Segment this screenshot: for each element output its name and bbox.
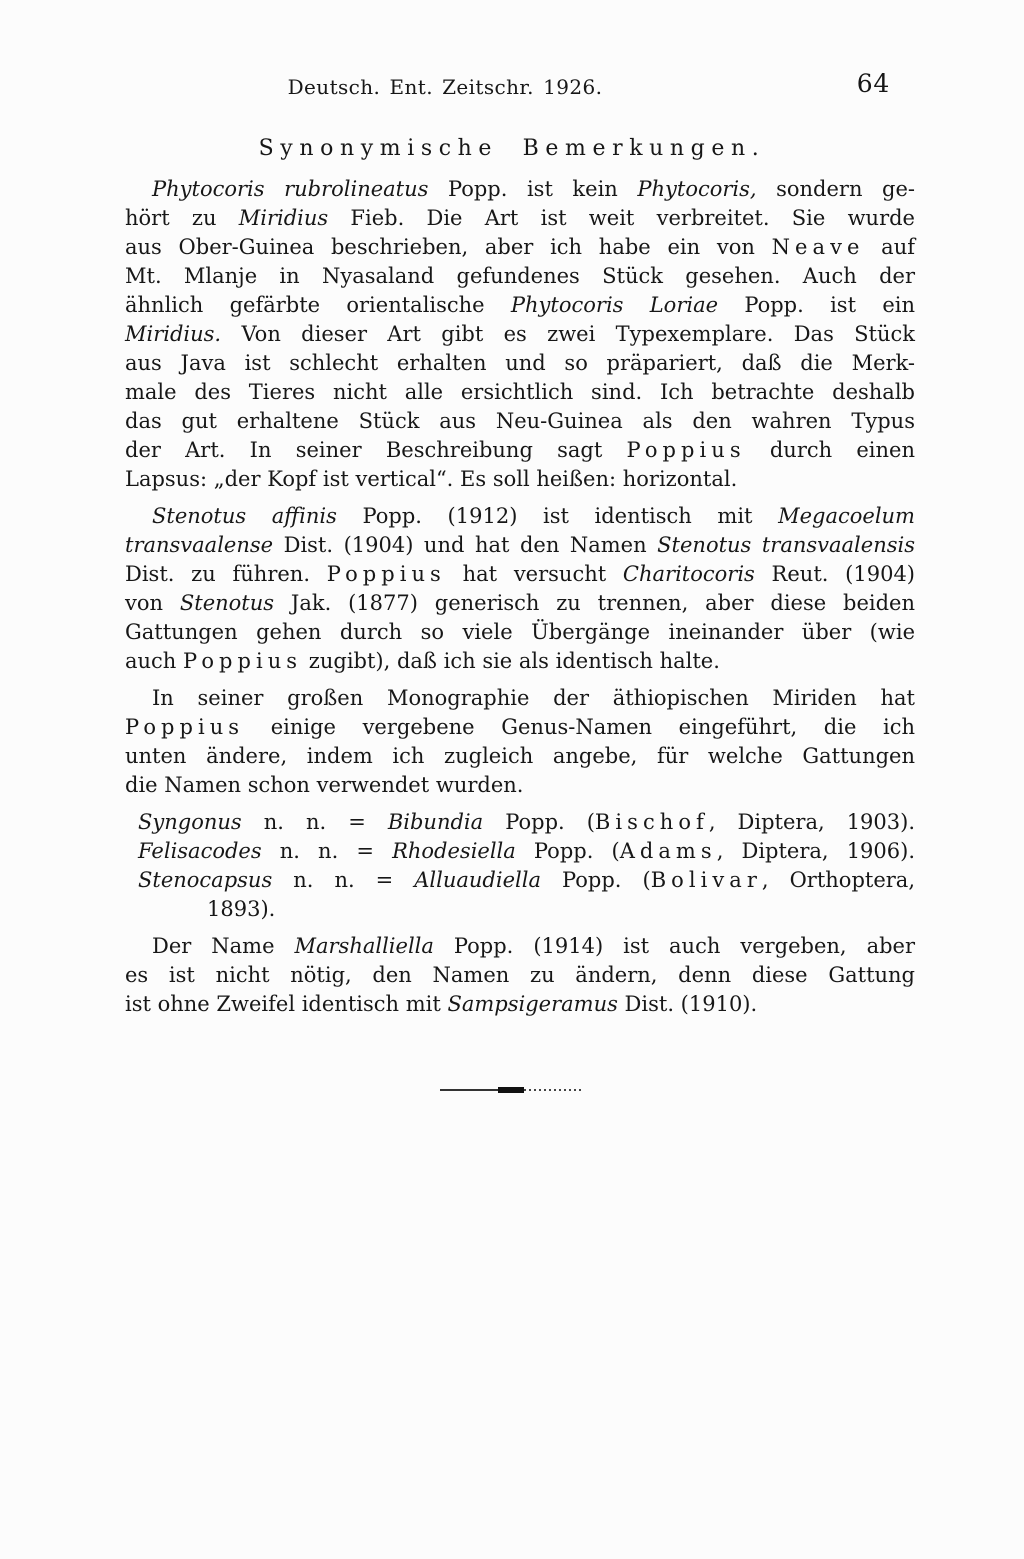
text-run: Popp. (	[516, 839, 620, 863]
taxon-name: Phytocoris,	[637, 177, 756, 201]
text-line: Stenocapsus n. n. = Alluaudiella Popp. (…	[125, 866, 915, 895]
taxon-name: Miridius	[239, 206, 328, 230]
person-name: Poppius	[125, 715, 244, 739]
taxon-name: Miridius.	[125, 322, 221, 346]
text-line: Miridius. Von dieser Art gibt es zwei Ty…	[125, 320, 915, 349]
text-run: male des Tieres nicht alle ersichtlich s…	[125, 380, 915, 404]
text-line: Dist. zu führen. Poppius hat versucht Ch…	[125, 560, 915, 589]
text-line: unten ändere, indem ich zugleich angebe,…	[125, 742, 915, 771]
text-line: Phytocoris rubrolineatus Popp. ist kein …	[125, 175, 915, 204]
taxon-name: Phytocoris Loriae	[511, 293, 718, 317]
divider-dotted-line	[524, 1089, 581, 1091]
text-line: Der Name Marshalliella Popp. (1914) ist …	[125, 932, 915, 961]
person-name: Adams	[620, 839, 717, 863]
text-line: von Stenotus Jak. (1877) generisch zu tr…	[125, 589, 915, 618]
taxon-name: Stenotus	[180, 591, 274, 615]
text-run: Popp. (1914) ist auch vergeben, aber	[434, 934, 915, 958]
divider-thick-bar	[498, 1087, 524, 1093]
text-run: Fieb. Die Art ist weit verbreitet. Sie w…	[328, 206, 915, 230]
text-run: Reut. (1904)	[755, 562, 915, 586]
text-line: ist ohne Zweifel identisch mit Sampsiger…	[125, 990, 915, 1019]
text-run: unten ändere, indem ich zugleich angebe,…	[125, 744, 915, 768]
taxon-name: Stenotus transvaalensis	[657, 533, 915, 557]
paragraph: In seiner großen Monographie der äthiopi…	[125, 684, 915, 800]
taxon-name: Stenotus affinis	[152, 504, 337, 528]
section-heading: Synonymische Bemerkungen.	[0, 136, 1024, 161]
text-line: Stenotus affinis Popp. (1912) ist identi…	[125, 502, 915, 531]
text-line: auch Poppius zugibt), daß ich sie als id…	[125, 647, 915, 676]
person-name: Poppius	[327, 562, 446, 586]
text-run: das gut erhaltene Stück aus Neu-Guinea a…	[125, 409, 915, 433]
text-run: Gattungen gehen durch so viele Übergänge…	[125, 620, 915, 644]
text-run: durch einen	[746, 438, 915, 462]
text-line: das gut erhaltene Stück aus Neu-Guinea a…	[125, 407, 915, 436]
taxon-name: Syngonus	[138, 810, 242, 834]
text-run: ähnlich gefärbte orientalische	[125, 293, 511, 317]
person-name: Bischof	[595, 810, 709, 834]
text-run: , Diptera, 1906).	[717, 839, 915, 863]
paragraph: Der Name Marshalliella Popp. (1914) ist …	[125, 932, 915, 1019]
taxon-name: transvaalense	[125, 533, 273, 557]
text-line: transvaalense Dist. (1904) und hat den N…	[125, 531, 915, 560]
text-run: n. n. =	[272, 868, 414, 892]
paragraph: Phytocoris rubrolineatus Popp. ist kein …	[125, 175, 915, 494]
text-run: sondern ge-	[757, 177, 915, 201]
text-run: Mt. Mlanje in Nyasaland gefundenes Stück…	[125, 264, 915, 288]
text-line: aus Ober-Guinea beschrieben, aber ich ha…	[125, 233, 915, 262]
text-run: es ist nicht nötig, den Namen zu ändern,…	[125, 963, 915, 987]
person-name: Neave	[772, 235, 865, 259]
taxon-name: Charitocoris	[623, 562, 755, 586]
text-run: aus Java ist schlecht erhalten und so pr…	[125, 351, 915, 375]
text-run: auch	[125, 649, 183, 673]
text-run: Popp. (	[483, 810, 595, 834]
divider-solid-line	[440, 1089, 498, 1091]
text-line: Mt. Mlanje in Nyasaland gefundenes Stück…	[125, 262, 915, 291]
taxon-name: Phytocoris rubrolineatus	[152, 177, 428, 201]
text-line: der Art. In seiner Beschreibung sagt Pop…	[125, 436, 915, 465]
taxon-name: Alluaudiella	[414, 868, 541, 892]
article-body: Phytocoris rubrolineatus Popp. ist kein …	[125, 175, 915, 1027]
section-divider	[0, 1087, 1022, 1093]
text-run: 1893).	[207, 897, 275, 921]
text-line: Felisacodes n. n. = Rhodesiella Popp. (A…	[125, 837, 915, 866]
person-name: Poppius	[627, 438, 746, 462]
text-run: Lapsus: „der Kopf ist vertical“. Es soll…	[125, 467, 737, 491]
text-run: In seiner großen Monographie der äthiopi…	[152, 686, 915, 710]
text-run: auf	[864, 235, 915, 259]
person-name: Bolivar	[651, 868, 762, 892]
text-line: Syngonus n. n. = Bibundia Popp. (Bischof…	[125, 808, 915, 837]
text-run: hat versucht	[446, 562, 623, 586]
text-line: es ist nicht nötig, den Namen zu ändern,…	[125, 961, 915, 990]
text-run: Popp. (	[541, 868, 651, 892]
taxon-name: Bibundia	[388, 810, 483, 834]
taxon-name: Stenocapsus	[138, 868, 272, 892]
text-line: male des Tieres nicht alle ersichtlich s…	[125, 378, 915, 407]
text-run: Popp. ist kein	[428, 177, 637, 201]
synonym-list: Syngonus n. n. = Bibundia Popp. (Bischof…	[125, 808, 915, 924]
text-line: hört zu Miridius Fieb. Die Art ist weit …	[125, 204, 915, 233]
text-line: aus Java ist schlecht erhalten und so pr…	[125, 349, 915, 378]
paragraph: Stenotus affinis Popp. (1912) ist identi…	[125, 502, 915, 676]
text-run: , Orthoptera,	[762, 868, 915, 892]
text-run: Popp. (1912) ist identisch mit	[337, 504, 778, 528]
text-run: n. n. =	[242, 810, 388, 834]
text-run: zugibt), daß ich sie als identisch halte…	[302, 649, 720, 673]
journal-title: Deutsch. Ent. Zeitschr. 1926.	[0, 73, 957, 101]
page-header: Deutsch. Ent. Zeitschr. 1926. 64	[0, 73, 1024, 107]
text-run: einige vergebene Genus-Namen eingeführt,…	[244, 715, 915, 739]
text-line: In seiner großen Monographie der äthiopi…	[125, 684, 915, 713]
taxon-name: Marshalliella	[294, 934, 433, 958]
text-run: Dist. zu führen.	[125, 562, 327, 586]
taxon-name: Megacoelum	[778, 504, 915, 528]
taxon-name: Felisacodes	[138, 839, 262, 863]
text-line: 1893).	[125, 895, 915, 924]
text-run: Von dieser Art gibt es zwei Typexemplare…	[221, 322, 915, 346]
text-run: , Diptera, 1903).	[709, 810, 915, 834]
text-run: Dist. (1910).	[618, 992, 757, 1016]
text-line: Poppius einige vergebene Genus-Namen ein…	[125, 713, 915, 742]
journal-page: Deutsch. Ent. Zeitschr. 1926. 64 Synonym…	[0, 0, 1024, 1559]
text-run: ist ohne Zweifel identisch mit	[125, 992, 447, 1016]
text-line: die Namen schon verwendet wurden.	[125, 771, 915, 800]
text-line: Lapsus: „der Kopf ist vertical“. Es soll…	[125, 465, 915, 494]
person-name: Poppius	[183, 649, 302, 673]
text-line: Gattungen gehen durch so viele Übergänge…	[125, 618, 915, 647]
text-run: n. n. =	[262, 839, 392, 863]
text-run: der Art. In seiner Beschreibung sagt	[125, 438, 627, 462]
text-run: die Namen schon verwendet wurden.	[125, 773, 523, 797]
page-number: 64	[857, 70, 890, 98]
text-run: Jak. (1877) generisch zu trennen, aber d…	[274, 591, 915, 615]
text-line: ähnlich gefärbte orientalische Phytocori…	[125, 291, 915, 320]
text-run: Popp. ist ein	[718, 293, 915, 317]
text-run: Dist. (1904) und hat den Namen	[273, 533, 657, 557]
text-run: Der Name	[152, 934, 294, 958]
taxon-name: Sampsigeramus	[447, 992, 617, 1016]
text-run: aus Ober-Guinea beschrieben, aber ich ha…	[125, 235, 772, 259]
text-run: hört zu	[125, 206, 239, 230]
text-run: von	[125, 591, 180, 615]
taxon-name: Rhodesiella	[392, 839, 516, 863]
